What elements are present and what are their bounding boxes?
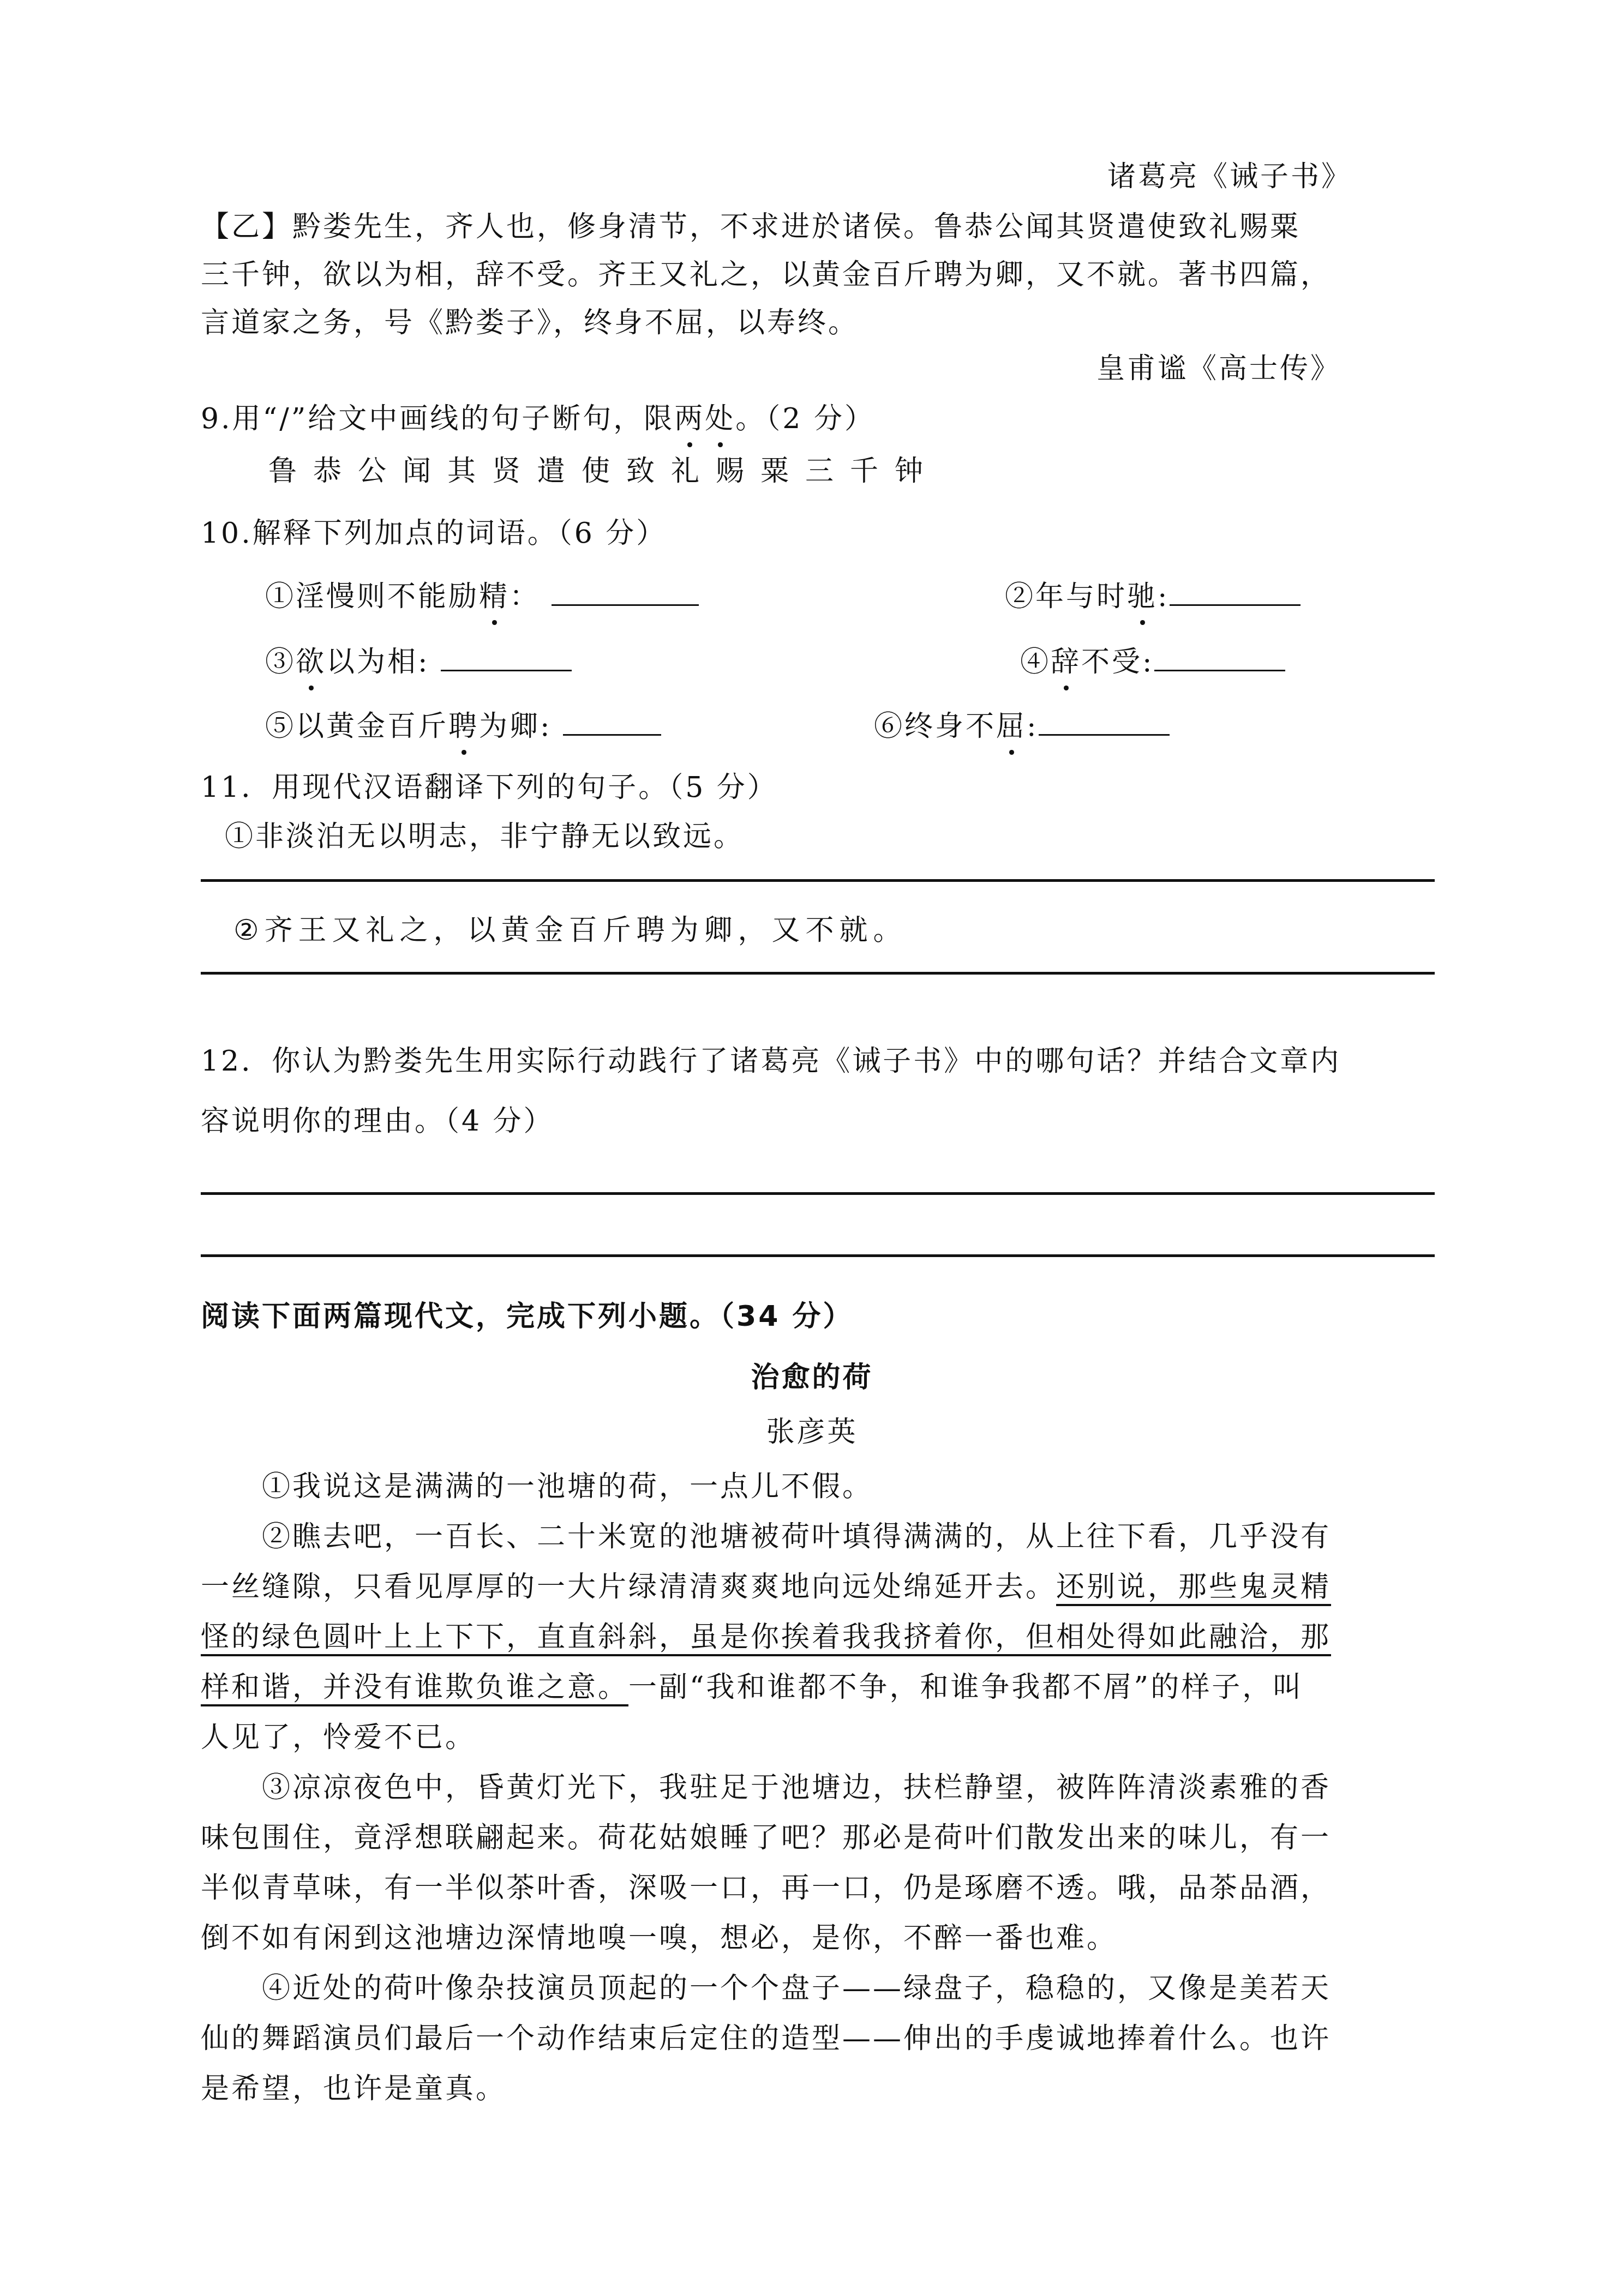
q11-item-1-answer-line[interactable] [201, 879, 1435, 882]
q10-item-5: ⑤以黄金百斤聘为卿: [265, 712, 661, 741]
q10-item-4-answer-blank[interactable] [1154, 648, 1285, 671]
q10-item-6-dotted: 屈 [996, 710, 1027, 743]
question-9: 9.用“/”给文中画线的句子断句，限两处。（2 分） [201, 405, 875, 433]
passage-b-line-1: 【乙】黔娄先生，齐人也，修身清节，不求进於诸侯。鲁恭公闻其贤遣使致礼赐粟 [201, 213, 1301, 241]
paragraph-2-line-2: 一丝缝隙，只看见厚厚的一大片绿清清爽爽地向远处绵延开去。还别说，那些鬼灵精 [201, 1573, 1331, 1601]
q10-item-6-answer-blank[interactable] [1039, 712, 1170, 736]
passage-b-line-2: 三千钟，欲以为相，辞不受。齐王又礼之，以黄金百斤聘为卿，又不就。著书四篇， [201, 261, 1331, 289]
passage-b-line-3: 言道家之务，号《黔娄子》，终身不屈，以寿终。 [201, 309, 859, 337]
q9-dotted-char-2: 处 [705, 402, 735, 435]
paragraph-2-line-4: 样和谐，并没有谁欺负谁之意。一副“我和谁都不争，和谁争我都不屑”的样子，叫 [201, 1673, 1303, 1702]
paragraph-3-line-3: 半似青草味，有一半似茶叶香，深吸一口，再一口，仍是琢磨不透。哦，品茶品酒， [201, 1874, 1331, 1902]
section-heading: 阅读下面两篇现代文，完成下列小题。（34 分） [201, 1302, 853, 1331]
underlined-sentence-part-3: 样和谐，并没有谁欺负谁之意。 [201, 1671, 628, 1704]
passage-a-source: 诸葛亮《诫子书》 [1107, 163, 1352, 191]
q10-item-1-dotted: 精 [479, 580, 510, 613]
q10-item-1-answer-blank[interactable] [552, 582, 699, 606]
question-10-title: 10.解释下列加点的词语。（6 分） [201, 519, 667, 548]
q10-item-5-dotted: 聘 [448, 710, 479, 743]
exam-page: 诸葛亮《诫子书》 【乙】黔娄先生，齐人也，修身清节，不求进於诸侯。鲁恭公闻其贤遣… [0, 0, 1624, 2296]
q12-answer-line-2[interactable] [201, 1254, 1435, 1257]
underlined-sentence-part-1: 还别说，那些鬼灵精 [1056, 1571, 1331, 1603]
q10-item-2: ②年与时驰: [1005, 582, 1301, 611]
q10-item-3-answer-blank[interactable] [441, 648, 572, 671]
underlined-sentence-part-2: 怪的绿色圆叶上上下下，直直斜斜，虽是你挨着我我挤着你，但相处得如此融洽，那 [201, 1621, 1331, 1654]
paragraph-2-line-3: 怪的绿色圆叶上上下下，直直斜斜，虽是你挨着我我挤着你，但相处得如此融洽，那 [201, 1623, 1331, 1651]
q9-prefix: 9.用“/”给文中画线的句子断句，限 [201, 402, 674, 435]
q10-item-2-dotted: 驰 [1127, 580, 1158, 613]
paragraph-1: ①我说这是满满的一池塘的荷，一点儿不假。 [262, 1472, 873, 1501]
q11-item-1: ①非淡泊无以明志，非宁静无以致远。 [225, 822, 744, 851]
q9-dotted-char-1: 两 [674, 402, 705, 435]
paragraph-2-line-1: ②瞧去吧，一百长、二十米宽的池塘被荷叶填得满满的，从上往下看，几乎没有 [262, 1523, 1331, 1551]
q9-suffix: 。（2 分） [735, 402, 875, 435]
q10-item-4: ④辞不受: [1020, 648, 1285, 676]
question-12-line-2: 容说明你的理由。（4 分） [201, 1107, 554, 1135]
paragraph-4-line-3: 是希望，也许是童真。 [201, 2075, 506, 2103]
q9-sentence: 鲁恭公闻其贤遣使致礼赐粟三千钟 [268, 457, 939, 485]
q11-item-2: ②齐王又礼之，以黄金百斤聘为卿，又不就。 [233, 916, 907, 945]
question-12-line-1: 12．你认为黔娄先生用实际行动践行了诸葛亮《诫子书》中的哪句话？并结合文章内 [201, 1047, 1341, 1075]
q10-item-2-answer-blank[interactable] [1170, 582, 1301, 606]
q10-item-5-answer-blank[interactable] [563, 712, 661, 736]
passage-b-source: 皇甫谧《高士传》 [1096, 354, 1341, 383]
article-title: 治愈的荷 [0, 1363, 1624, 1392]
paragraph-3-line-4: 倒不如有闲到这池塘边深情地嗅一嗅，想必，是你，不醉一番也难。 [201, 1924, 1117, 1952]
paragraph-4-line-2: 仙的舞蹈演员们最后一个动作结束后定住的造型——伸出的手虔诚地捧着什么。也许 [201, 2024, 1331, 2053]
q11-item-2-answer-line[interactable] [201, 972, 1435, 975]
q10-item-3-dotted: 欲 [296, 646, 326, 678]
q10-item-6: ⑥终身不屈: [874, 712, 1170, 741]
paragraph-4-line-1: ④近处的荷叶像杂技演员顶起的一个个盘子——绿盘子，稳稳的，又像是美若天 [262, 1974, 1331, 2003]
paragraph-3-line-2: 味包围住，竟浮想联翩起来。荷花姑娘睡了吧？那必是荷叶们散发出来的味儿，有一 [201, 1824, 1331, 1852]
paragraph-2-line-5: 人见了，怜爱不已。 [201, 1723, 476, 1752]
q10-item-4-dotted: 辞 [1051, 646, 1081, 678]
paragraph-3-line-1: ③凉凉夜色中，昏黄灯光下，我驻足于池塘边，扶栏静望，被阵阵清淡素雅的香 [262, 1774, 1331, 1802]
q10-item-1: ①淫慢则不能励精： [265, 582, 699, 611]
article-author: 张彦英 [0, 1418, 1624, 1446]
question-11-title: 11．用现代汉语翻译下列的句子。（5 分） [201, 773, 778, 802]
q12-answer-line-1[interactable] [201, 1192, 1435, 1195]
q10-item-3: ③欲以为相: [265, 648, 572, 676]
